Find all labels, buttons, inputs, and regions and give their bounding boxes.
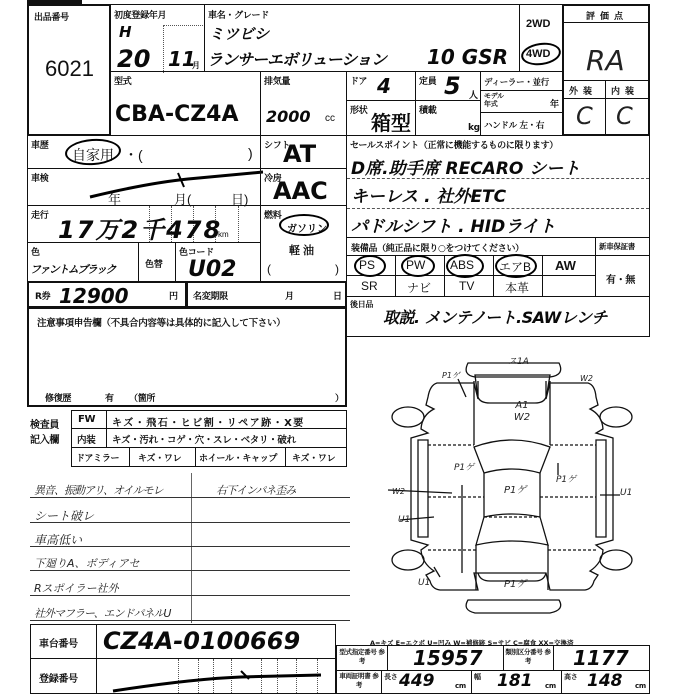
divider bbox=[106, 411, 107, 447]
fuel-paren-open: ( bbox=[267, 262, 271, 276]
warranty-label: 新車保証書 bbox=[599, 241, 635, 252]
ac-value: AAC bbox=[273, 177, 328, 205]
car-name-label: 車名・グレード bbox=[208, 8, 269, 21]
usage-paren-close: ) bbox=[248, 145, 253, 161]
divider bbox=[471, 670, 472, 693]
car-name-cell: 車名・グレード ミツビシ ランサーエボリューション 10 GSR bbox=[204, 4, 520, 72]
sales-point-line-3: パドルシフト . HIDライト bbox=[351, 212, 556, 237]
class-label: 類別区分番号 参考 bbox=[505, 648, 551, 666]
divider bbox=[395, 255, 396, 296]
sales-point-line-2: キーレス . 社外ETC bbox=[351, 182, 506, 207]
score-cell: 評価点 RA 外装 内装 C C bbox=[562, 4, 650, 136]
inspector-mirror-head: ドアミラー bbox=[76, 451, 119, 464]
approval-table: 型式指定番号 参考 15957 類別区分番号 参考 1177 車両証明書 参考 … bbox=[336, 645, 650, 694]
repair-area: （箇所 bbox=[129, 391, 155, 404]
model-code-value: CBA-CZ4A bbox=[115, 102, 239, 127]
width-unit: cm bbox=[545, 682, 556, 690]
inspector-label-2: 記入欄 bbox=[30, 431, 59, 446]
name-change-month: 月 bbox=[285, 289, 294, 302]
repair-value: 有 bbox=[105, 391, 114, 404]
body-shape-value: 箱型 bbox=[371, 107, 411, 136]
divider bbox=[503, 646, 504, 670]
length-label: 長さ bbox=[384, 672, 397, 682]
first-registration-cell: 初度登録年月 H 20 11 月 bbox=[110, 4, 205, 72]
mark-right-door: P1ゲ bbox=[556, 472, 576, 485]
inspector-wheel-head: ホイール・キャップ bbox=[199, 451, 277, 464]
strike-line bbox=[111, 665, 331, 693]
inspector-fw-text: キズ・飛石・ヒビ割・リペア跡・X要 bbox=[112, 414, 305, 429]
chassis-label: 車台番号 bbox=[39, 635, 78, 650]
color-code-cell: 色コード U02 bbox=[175, 242, 261, 282]
divider bbox=[561, 670, 562, 693]
equip-abs-circle bbox=[446, 254, 484, 278]
divider bbox=[387, 646, 388, 670]
divider bbox=[542, 255, 543, 296]
mark-front-bumper: ス1A bbox=[508, 354, 529, 367]
displacement-label: 排気量 bbox=[264, 74, 290, 87]
mark-hood: A1 W2 bbox=[510, 400, 534, 424]
repaint-cell: 色替 bbox=[138, 242, 176, 282]
maker-value: ミツビシ bbox=[209, 23, 269, 44]
equip-leather: 本革 bbox=[505, 279, 529, 296]
equipment-cell: 装備品（純正品に限り○をつけてください） PS PW ABS エアB AW SR… bbox=[346, 237, 596, 297]
inspector-label-1: 検査員 bbox=[30, 416, 59, 431]
length-unit: cm bbox=[455, 682, 466, 690]
drive-2wd: 2WD bbox=[526, 18, 550, 30]
lot-number-cell: 出品番号 6021 bbox=[27, 4, 111, 136]
equip-navi: ナビ bbox=[407, 279, 431, 296]
repair-label: 修復歴 bbox=[45, 391, 71, 404]
mark-front-right: W2 bbox=[580, 374, 593, 383]
remark-left-6: 社外マフラー、エンドパネルU bbox=[34, 605, 170, 621]
divider bbox=[347, 208, 649, 209]
load-label: 積載 bbox=[419, 103, 436, 116]
inspector-table: FW キズ・飛石・ヒビ割・リペア跡・X要 内装 キズ・汚れ・コゲ・穴・スレ・ベタ… bbox=[71, 410, 347, 467]
sales-points-label: セールスポイント（正常に機能するものに限ります） bbox=[350, 138, 558, 151]
displacement-unit: cc bbox=[325, 113, 335, 124]
year-value: 20 bbox=[117, 45, 150, 73]
ac-cell: 冷房 AAC bbox=[260, 168, 347, 206]
remark-left-4: 下廻りA、ボディアセ bbox=[34, 555, 140, 571]
divider bbox=[163, 25, 164, 73]
repaint-label: 色替 bbox=[145, 257, 162, 270]
mark-front-left: P1ゲ bbox=[442, 370, 460, 381]
color-code-value: U02 bbox=[188, 257, 236, 282]
aftermarket-cell: 後日品 取説. メンテノート.SAWレンチ bbox=[346, 296, 650, 337]
model-year-cell: モデル年式 年 bbox=[480, 90, 563, 113]
height-value: 148 bbox=[587, 671, 623, 691]
remark-left-2: シート破レ bbox=[34, 507, 94, 524]
remark-left-5: Rスポイラー社外 bbox=[34, 580, 119, 596]
inspector-wheel-text: キズ・ワレ bbox=[292, 451, 335, 464]
inspection-label: 車検 bbox=[31, 171, 48, 184]
height-unit: cm bbox=[635, 682, 646, 690]
first-registration-label: 初度登録年月 bbox=[114, 8, 166, 21]
equipment-label: 装備品（純正品に限り○をつけてください） bbox=[351, 241, 524, 254]
load-unit: kg bbox=[468, 123, 480, 133]
color-value: ファントムブラック bbox=[30, 261, 115, 277]
divider bbox=[381, 670, 382, 693]
model-code-cell: 型式 CBA-CZ4A bbox=[110, 71, 261, 136]
model-value: ランサーエボリューション bbox=[207, 47, 386, 70]
inspector-mirror-text: キズ・ワレ bbox=[138, 451, 181, 464]
usage-cell: 車歴 自家用 ・( ) bbox=[27, 135, 261, 169]
divider bbox=[553, 646, 554, 670]
divider bbox=[31, 658, 335, 659]
shift-value: AT bbox=[283, 140, 316, 168]
grade-value: 10 GSR bbox=[427, 45, 508, 69]
capacity-cell: 定員 5 人 bbox=[415, 71, 481, 101]
divider bbox=[596, 255, 649, 256]
divider bbox=[96, 625, 97, 693]
divider bbox=[129, 447, 130, 467]
lot-number-label: 出品番号 bbox=[34, 10, 69, 23]
dealer-label: ディーラー・並行 bbox=[484, 76, 549, 88]
drive-cell: 2WD 4WD bbox=[519, 4, 563, 72]
class-value: 1177 bbox=[573, 646, 629, 670]
mark-left-door: P1ゲ bbox=[454, 460, 474, 473]
interior-value: C bbox=[616, 102, 633, 130]
name-change-day: 日 bbox=[333, 289, 342, 302]
doors-value: 4 bbox=[377, 74, 391, 98]
month-unit: 月 bbox=[192, 60, 200, 71]
body-shape-cell: 形状 箱型 bbox=[346, 100, 416, 136]
warranty-cell: 新車保証書 有・無 bbox=[595, 237, 650, 297]
divider bbox=[347, 178, 649, 179]
equip-sr: SR bbox=[361, 279, 378, 293]
equip-pw-circle bbox=[401, 255, 435, 277]
name-change-label: 名変期限 bbox=[193, 289, 228, 302]
approval-value: 15957 bbox=[413, 646, 483, 670]
usage-paren-open: ・( bbox=[124, 145, 143, 165]
width-label: 幅 bbox=[474, 672, 481, 682]
registration-label: 登録番号 bbox=[39, 670, 78, 685]
aftermarket-label: 後日品 bbox=[350, 299, 373, 310]
doors-cell: ドア 4 bbox=[346, 71, 416, 101]
steering-cell: ハンドル 左・右 bbox=[480, 112, 563, 136]
repair-close: ） bbox=[335, 391, 344, 404]
drive-selected-circle bbox=[520, 40, 563, 67]
divider bbox=[72, 447, 346, 448]
recycle-label: R券 bbox=[35, 289, 50, 302]
exterior-value: C bbox=[576, 102, 593, 130]
mileage-unit: km bbox=[218, 230, 229, 239]
score-label: 評価点 bbox=[586, 9, 628, 22]
exterior-label: 外装 bbox=[569, 84, 597, 97]
divider bbox=[444, 255, 445, 296]
recycle-value: 12900 bbox=[59, 284, 129, 308]
divider bbox=[285, 447, 286, 467]
recycle-unit: 円 bbox=[169, 289, 178, 302]
remark-left-1: 異音、振動アリ、オイルモレ bbox=[34, 482, 162, 498]
model-year-unit: 年 bbox=[550, 97, 559, 110]
usage-label: 車歴 bbox=[31, 138, 48, 151]
equip-ps-circle bbox=[354, 255, 386, 277]
body-shape-label: 形状 bbox=[350, 103, 367, 116]
model-code-label: 型式 bbox=[114, 74, 131, 87]
aftermarket-value: 取説. メンテノート.SAWレンチ bbox=[383, 305, 607, 328]
shift-cell: シフト AT bbox=[260, 135, 347, 169]
height-label: 高さ bbox=[564, 672, 577, 682]
divider bbox=[564, 22, 648, 23]
fuel-selected-circle bbox=[279, 214, 329, 236]
dimensions-label: 車両証明書 参考 bbox=[339, 672, 379, 690]
notes-cell: 注意事項申告欄（不具合内容等は具体的に記入して下さい） 修復歴 有 （箇所 ） bbox=[27, 307, 347, 407]
recycle-cell: R券 12900 円 bbox=[27, 281, 187, 308]
divider bbox=[605, 80, 606, 136]
color-cell: 色 ファントムブラック bbox=[27, 242, 139, 282]
remarks-divider bbox=[191, 473, 192, 623]
divider bbox=[564, 98, 648, 99]
divider bbox=[163, 25, 205, 26]
fuel-cell: 燃料 ガソリン 軽 油 ( ) bbox=[260, 205, 347, 282]
chassis-table: 車台番号 CZ4A-0100669 登録番号 bbox=[30, 624, 336, 694]
equip-tv: TV bbox=[459, 279, 474, 293]
displacement-cell: 排気量 2000 cc bbox=[260, 71, 347, 136]
mark-trunk: P1ゲ bbox=[504, 575, 526, 590]
sales-points-cell: セールスポイント（正常に機能するものに限ります） D席.助手席 RECARO シ… bbox=[346, 135, 650, 238]
notes-label: 注意事項申告欄（不具合内容等は具体的に記入して下さい） bbox=[37, 315, 285, 329]
fuel-paren-close: ) bbox=[335, 262, 339, 276]
inspector-fw-head: FW bbox=[78, 414, 95, 425]
score-value: RA bbox=[586, 44, 625, 77]
mark-left-sill-upper: W2 bbox=[392, 487, 405, 496]
remark-left-3: 車高低い bbox=[34, 531, 82, 548]
mark-rear-left: U1 bbox=[418, 578, 430, 588]
equip-airbag-circle bbox=[495, 254, 537, 278]
chassis-value: CZ4A-0100669 bbox=[103, 627, 300, 655]
inspector-interior-head: 内装 bbox=[77, 432, 95, 446]
inspection-cell: 車検 年 月( 日) bbox=[27, 168, 261, 206]
width-value: 181 bbox=[497, 671, 533, 691]
divider bbox=[564, 80, 648, 81]
equip-aw: AW bbox=[555, 258, 576, 273]
fuel-other: 軽 油 bbox=[289, 242, 314, 258]
fuel-label: 燃料 bbox=[264, 208, 281, 221]
capacity-value: 5 bbox=[444, 72, 461, 100]
mark-roof: P1ゲ bbox=[504, 481, 526, 496]
dealer-cell: ディーラー・並行 bbox=[480, 71, 563, 91]
doors-label: ドア bbox=[350, 74, 367, 87]
load-cell: 積載 kg bbox=[415, 100, 481, 136]
mileage-label: 走行 bbox=[31, 208, 48, 221]
mileage-value: 17万2千478 bbox=[58, 210, 222, 245]
inspector-interior-text: キズ・汚れ・コゲ・穴・スレ・ベタリ・破れ bbox=[112, 432, 296, 446]
mileage-cell: 走行 17万2千478 km bbox=[27, 205, 261, 243]
warranty-value: 有・無 bbox=[606, 271, 635, 286]
color-label: 色 bbox=[31, 245, 40, 258]
lot-number-value: 6021 bbox=[45, 56, 94, 82]
interior-label: 内装 bbox=[611, 84, 639, 97]
approval-label: 型式指定番号 参考 bbox=[339, 648, 385, 666]
name-change-cell: 名変期限 月 日 bbox=[186, 281, 347, 308]
divider bbox=[195, 447, 196, 467]
model-year-label: モデル年式 bbox=[484, 92, 508, 108]
divider bbox=[238, 206, 239, 242]
length-value: 449 bbox=[399, 671, 435, 691]
era-value: H bbox=[119, 23, 132, 41]
divider bbox=[493, 255, 494, 296]
capacity-label: 定員 bbox=[419, 74, 436, 87]
displacement-value: 2000 bbox=[266, 107, 311, 126]
sales-point-line-1: D席.助手席 RECARO シート bbox=[351, 154, 580, 179]
steering-label: ハンドル 左・右 bbox=[484, 119, 544, 131]
remark-right-1: 右下インパネ歪み bbox=[216, 482, 295, 498]
mark-left-sill: U1 bbox=[398, 515, 410, 525]
mark-right-sill: U1 bbox=[620, 488, 632, 498]
